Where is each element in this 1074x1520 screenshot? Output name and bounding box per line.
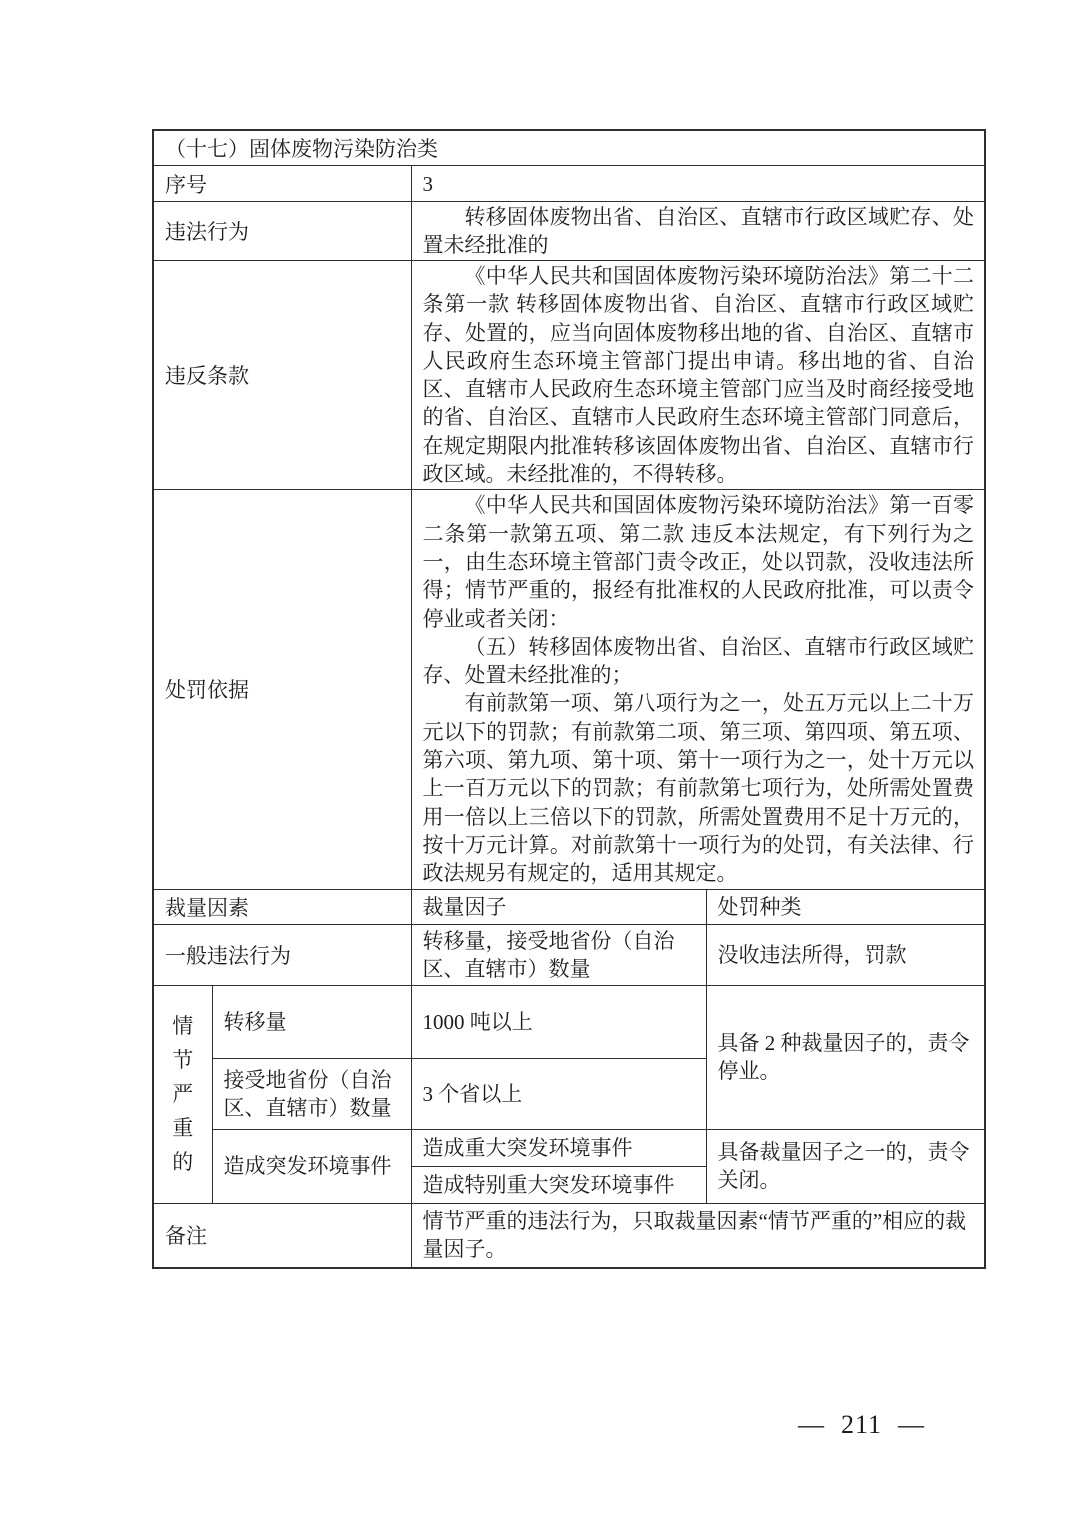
penalty-two-factors: 具备 2 种裁量因子的，责令停业。 xyxy=(706,985,985,1129)
transfer-amount-factor: 转移量 xyxy=(212,985,411,1058)
penalty-basis-paragraph-2: （五）转移固体废物出省、自治区、直辖市行政区域贮存、处置未经批准的； xyxy=(423,633,975,690)
serious-incident-row-major: 造成突发环境事件 造成重大突发环境事件 具备裁量因子之一的，责令关闭。 xyxy=(153,1129,985,1166)
receiving-provinces-factor: 接受地省份（自治区、直辖市）数量 xyxy=(212,1058,411,1129)
penalty-basis-paragraph-1: 《中华人民共和国固体废物污染环境防治法》第一百零二条第一款第五项、第二款 违反本… xyxy=(423,491,975,632)
transfer-amount-value: 1000 吨以上 xyxy=(411,985,706,1058)
general-violation-factor: 转移量，接受地省份（自治区、直辖市）数量 xyxy=(411,924,706,985)
illegal-act-row: 违法行为 转移固体废物出省、自治区、直辖市行政区域贮存、处置未经批准的 xyxy=(153,202,985,261)
violated-clause-paragraph: 《中华人民共和国固体废物污染环境防治法》第二十二条第一款 转移固体废物出省、自治… xyxy=(423,262,975,488)
penalty-one-factor: 具备裁量因子之一的，责令关闭。 xyxy=(706,1129,985,1203)
remark-row: 备注 情节严重的违法行为，只取裁量因素“情节严重的”相应的裁量因子。 xyxy=(153,1203,985,1268)
penalty-basis-value: 《中华人民共和国固体废物污染环境防治法》第一百零二条第一款第五项、第二款 违反本… xyxy=(411,490,985,889)
category-header: （十七）固体废物污染防治类 xyxy=(153,130,985,166)
discretion-factor-column-header: 裁量因素 xyxy=(153,889,411,924)
illegal-act-label: 违法行为 xyxy=(153,202,411,261)
violated-clause-value: 《中华人民共和国固体废物污染环境防治法》第二十二条第一款 转移固体废物出省、自治… xyxy=(411,261,985,490)
violated-clause-row: 违反条款 《中华人民共和国固体废物污染环境防治法》第二十二条第一款 转移固体废物… xyxy=(153,261,985,490)
penalty-type-column-header: 处罚种类 xyxy=(706,889,985,924)
category-row: （十七）固体废物污染防治类 xyxy=(153,130,985,166)
penalty-basis-paragraph-3: 有前款第一项、第八项行为之一，处五万元以上二十万元以下的罚款；有前款第二项、第三… xyxy=(423,689,975,887)
remark-label: 备注 xyxy=(153,1203,411,1268)
serial-label: 序号 xyxy=(153,166,411,202)
illegal-act-value: 转移固体废物出省、自治区、直辖市行政区域贮存、处置未经批准的 xyxy=(411,202,985,261)
serious-violation-vertical-text: 情节严重的 xyxy=(171,1009,194,1179)
page-number-value: 211 xyxy=(841,1410,882,1440)
penalty-basis-row: 处罚依据 《中华人民共和国固体废物污染环境防治法》第一百零二条第一款第五项、第二… xyxy=(153,490,985,889)
penalty-basis-label: 处罚依据 xyxy=(153,490,411,889)
environmental-incident-factor: 造成突发环境事件 xyxy=(212,1129,411,1203)
general-violation-label: 一般违法行为 xyxy=(153,924,411,985)
remark-value: 情节严重的违法行为，只取裁量因素“情节严重的”相应的裁量因子。 xyxy=(411,1203,985,1268)
penalty-discretion-table: （十七）固体废物污染防治类 序号 3 违法行为 转移固体废物出省、自治区、直辖市… xyxy=(152,129,986,1269)
extreme-incident-value: 造成特别重大突发环境事件 xyxy=(411,1166,706,1203)
general-violation-penalty: 没收违法所得，罚款 xyxy=(706,924,985,985)
serious-transfer-row: 情节严重的 转移量 1000 吨以上 具备 2 种裁量因子的，责令停业。 xyxy=(153,985,985,1058)
page-number: — 211 — xyxy=(798,1410,925,1440)
discretion-subfactor-column-header: 裁量因子 xyxy=(411,889,706,924)
receiving-provinces-value: 3 个省以上 xyxy=(411,1058,706,1129)
major-incident-value: 造成重大突发环境事件 xyxy=(411,1129,706,1166)
violated-clause-label: 违反条款 xyxy=(153,261,411,490)
serious-violation-label: 情节严重的 xyxy=(153,985,212,1203)
serial-value: 3 xyxy=(411,166,985,202)
page-number-dash-left: — xyxy=(798,1410,825,1440)
page-number-dash-right: — xyxy=(898,1410,925,1440)
serial-row: 序号 3 xyxy=(153,166,985,202)
discretion-header-row: 裁量因素 裁量因子 处罚种类 xyxy=(153,889,985,924)
general-violation-row: 一般违法行为 转移量，接受地省份（自治区、直辖市）数量 没收违法所得，罚款 xyxy=(153,924,985,985)
